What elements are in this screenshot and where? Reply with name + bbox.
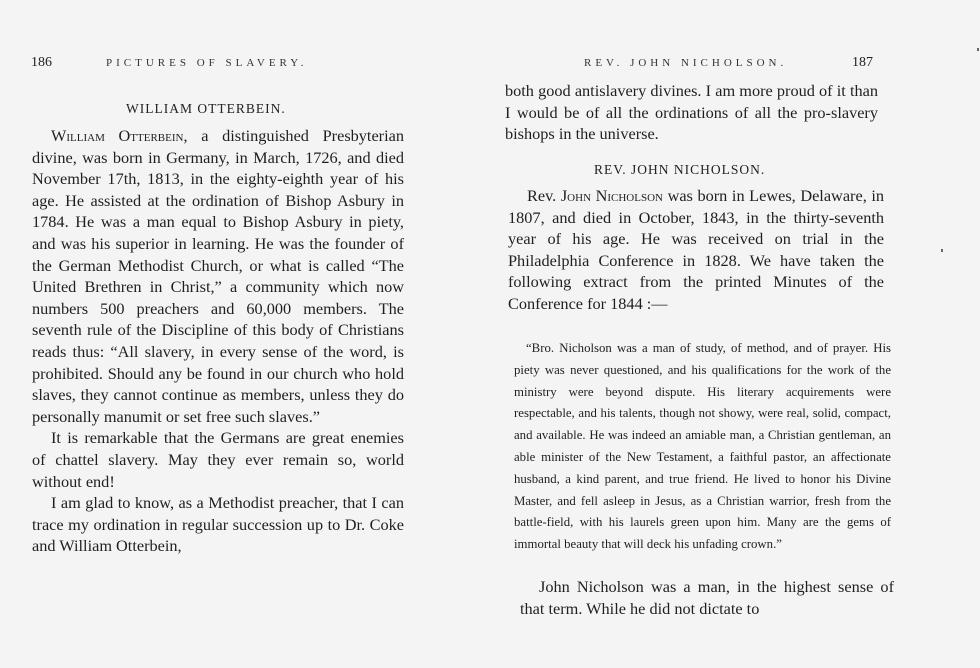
conference-extract-quote: “Bro. Nicholson was a man of study, of m… [514,338,891,556]
page-number-right: 187 [852,55,873,71]
quote-text: “Bro. Nicholson was a man of study, of m… [514,338,891,556]
scan-speck [941,249,943,252]
section-title-nicholson: REV. JOHN NICHOLSON. [594,162,765,178]
running-head-right: REV. JOHN NICHOLSON. [584,57,787,69]
page-number-left: 186 [31,55,52,71]
paragraph-text: was born in Lewes, Delaware, in 1807, an… [508,186,884,313]
paragraph-germans: It is remarkable that the Germans are gr… [32,427,404,492]
continued-paragraph: both good antislavery divines. I am more… [505,80,878,145]
rev-prefix: Rev. [527,186,561,205]
paragraph-nicholson-bio: Rev. John Nicholson was born in Lewes, D… [508,185,884,315]
paragraph-text: John Nicholson was a man, in the highest… [520,576,894,619]
running-head-left: PICTURES OF SLAVERY. [106,57,308,69]
nicholson-intro: Rev. John Nicholson was born in Lewes, D… [508,185,884,315]
paragraph-text: both good antislavery divines. I am more… [505,80,878,145]
scan-speck [977,48,979,51]
name-smallcaps: William Otterbein [51,126,183,145]
paragraph-text: , a distinguished Presbyterian divine, w… [32,126,404,426]
closing-paragraph: John Nicholson was a man, in the highest… [520,576,894,619]
paragraph-otterbein-bio: William Otterbein, a distinguished Presb… [32,125,404,427]
left-page: 186 PICTURES OF SLAVERY. WILLIAM OTTERBE… [0,0,490,668]
left-body: William Otterbein, a distinguished Presb… [32,125,404,557]
right-page: REV. JOHN NICHOLSON. 187 both good antis… [490,0,980,668]
section-title-otterbein: WILLIAM OTTERBEIN. [126,101,286,117]
name-smallcaps: John Nicholson [561,186,663,205]
paragraph-ordination: I am glad to know, as a Methodist preach… [32,492,404,557]
